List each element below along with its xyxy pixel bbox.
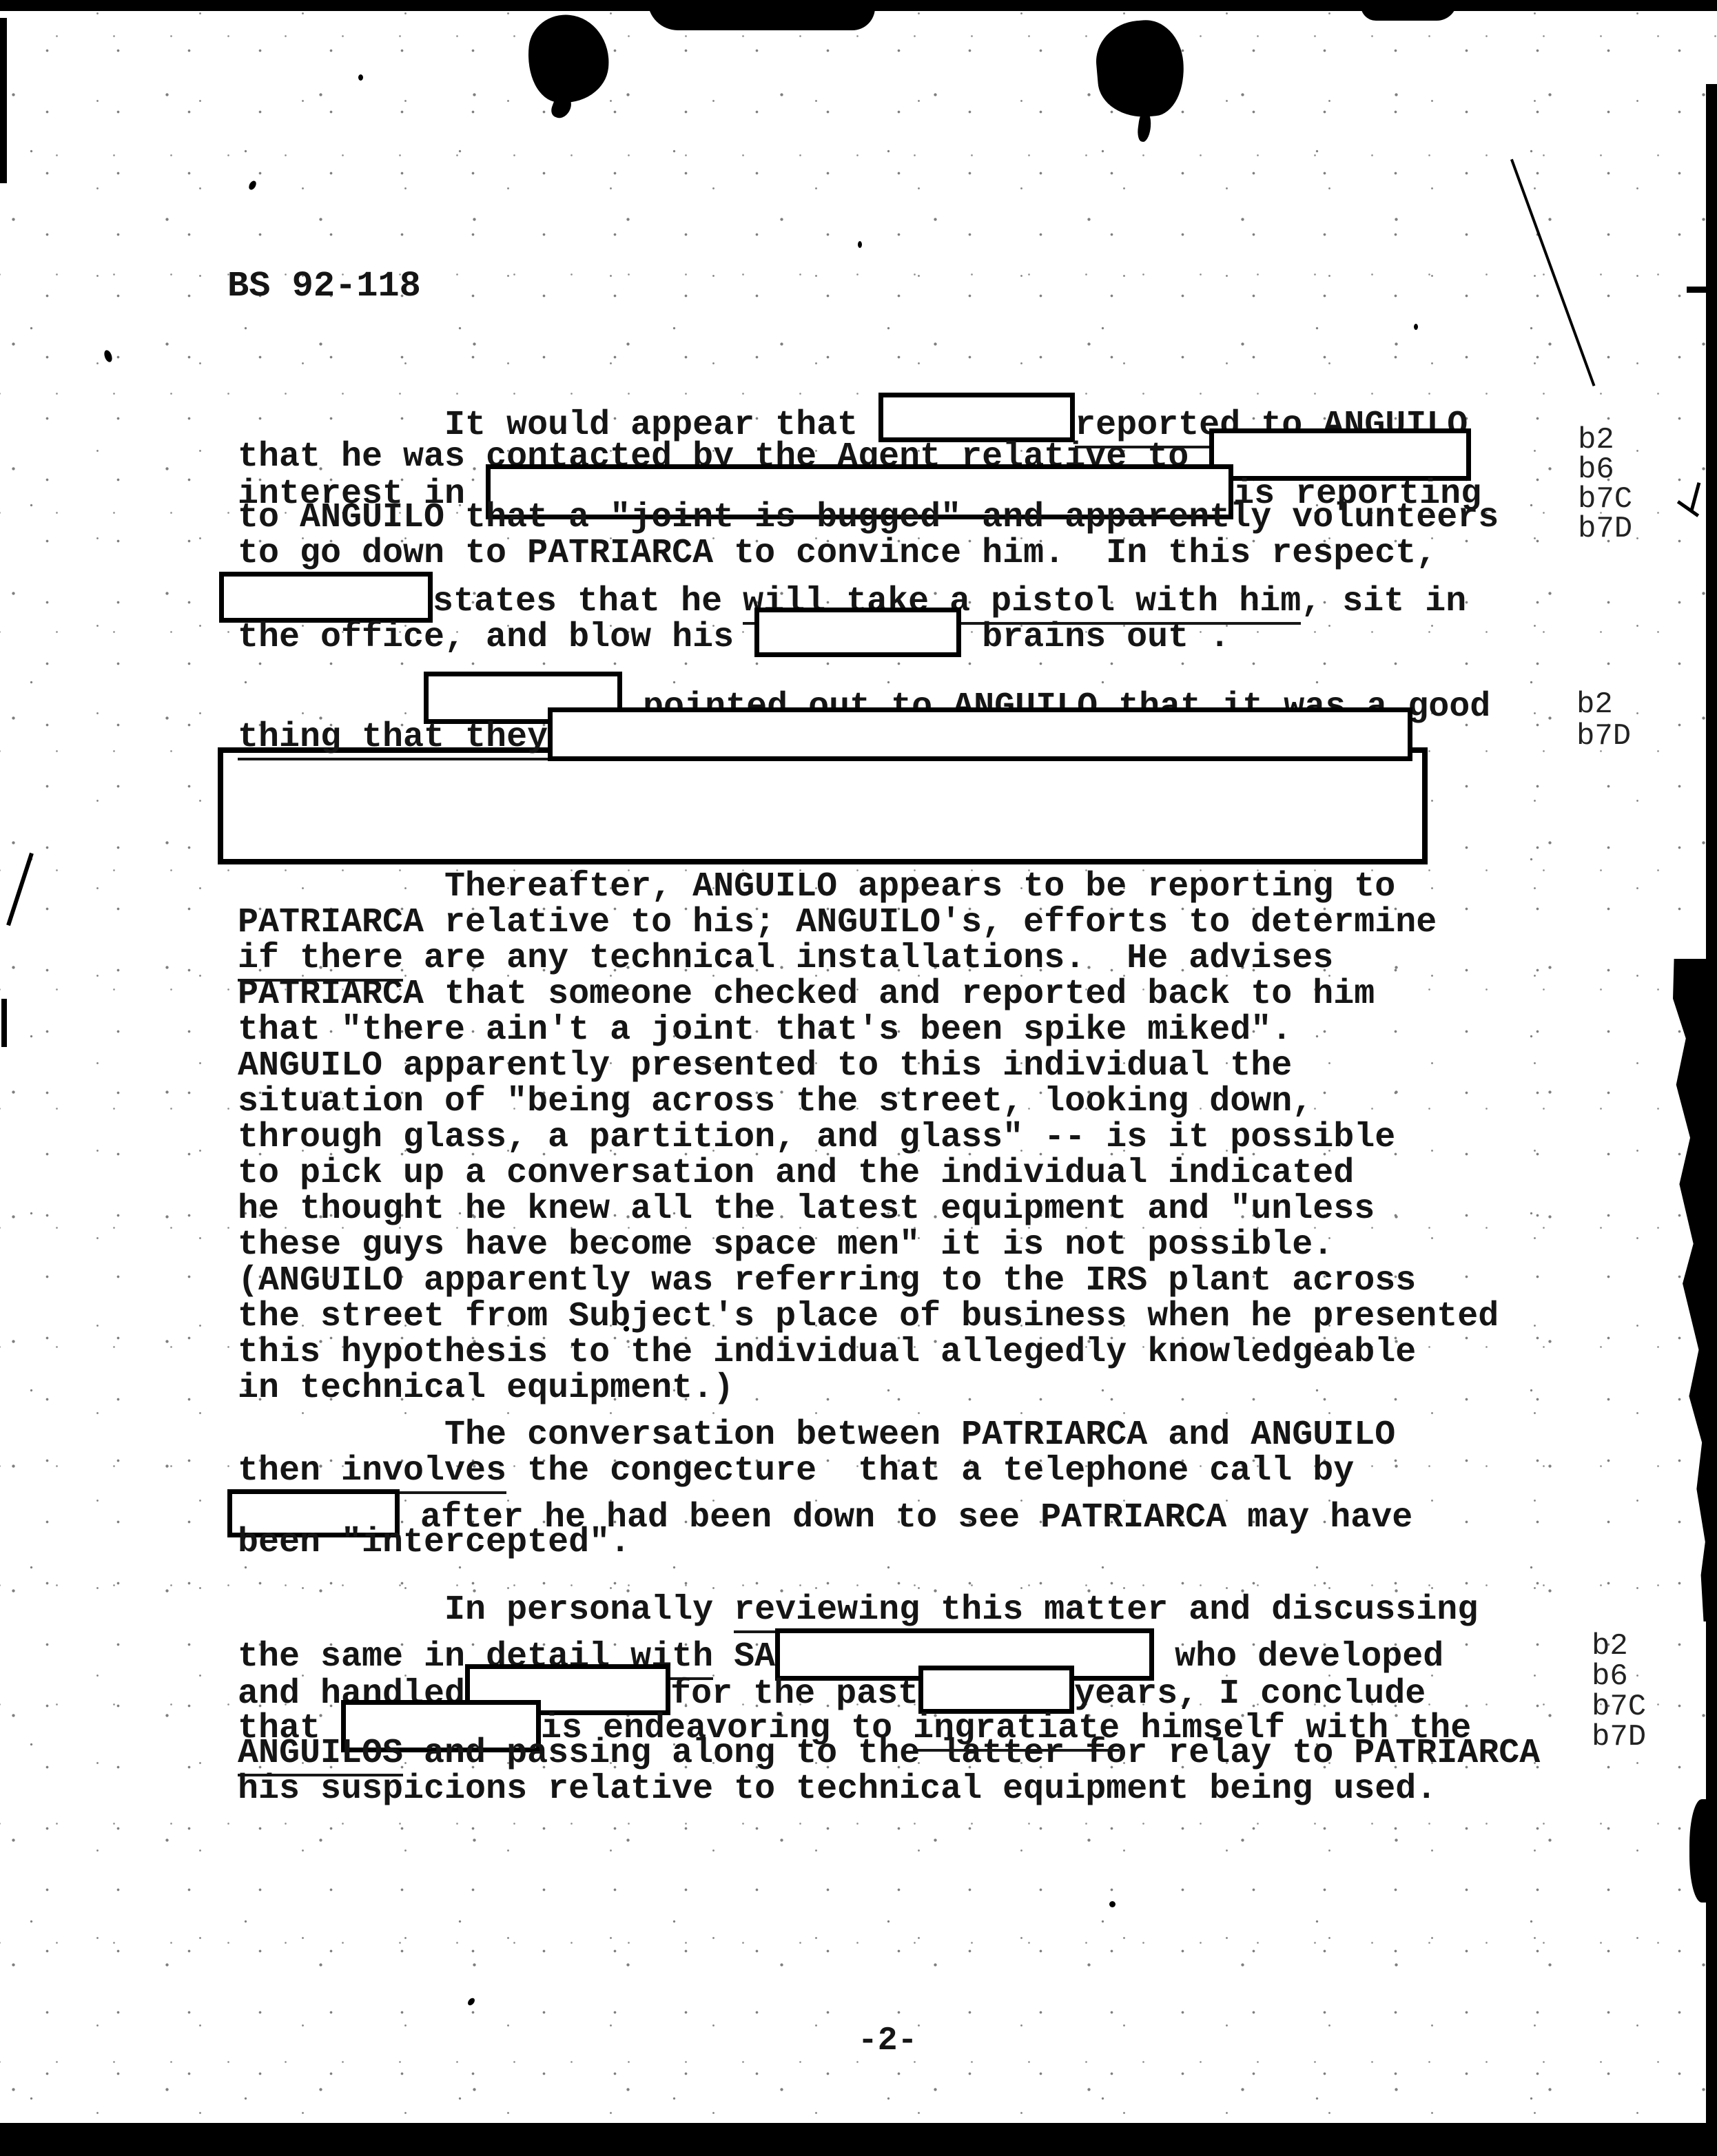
page-number: -2- <box>858 2022 917 2060</box>
torn-edge-mark <box>1689 1799 1717 1903</box>
text-line: The conversation between PATRIARCA and A… <box>238 1418 1412 1453</box>
text-line: after he had been down to see PATRIARCA … <box>238 1489 1412 1525</box>
document-page: BS 92-118 It would appear that reported … <box>0 0 1717 2156</box>
text-run: In personally <box>238 1590 734 1630</box>
underlined-text: thing that they <box>238 718 548 760</box>
text-line: to ANGUILO that a "joint is bugged" and … <box>238 500 1499 536</box>
text-run: in technical equipment.) <box>238 1369 734 1408</box>
text-line: this hypothesis to the individual allege… <box>238 1335 1499 1371</box>
classification-code: b7C <box>1578 485 1632 515</box>
text-line: in technical equipment.) <box>238 1371 1499 1407</box>
text-line: his suspicions relative to technical equ… <box>238 1772 1540 1807</box>
paragraph: pointed out to ANGUILO that it was a goo… <box>238 672 1490 864</box>
paragraph: In personally reviewing this matter and … <box>238 1593 1540 1807</box>
text-line: thing that they <box>238 707 1490 743</box>
text-line: that is endeavoring to ingratiate himsel… <box>238 1700 1540 1736</box>
classification-code: b2 <box>1576 689 1631 721</box>
text-run: he thought he knew all the latest equipm… <box>238 1190 1375 1229</box>
text-run: are any technical installations. He advi… <box>403 939 1333 978</box>
text-run: this hypothesis to the individual allege… <box>238 1333 1416 1372</box>
classification-code: b7D <box>1578 515 1632 544</box>
text-run: this matter and discussing <box>920 1590 1478 1630</box>
text-line: Thereafter, ANGUILO appears to be report… <box>238 869 1499 905</box>
text-run: these guys have become space men" it is … <box>238 1225 1333 1265</box>
text-line: the street from Subject's place of busin… <box>238 1299 1499 1335</box>
text-line: states that he will take a pistol with h… <box>238 572 1499 608</box>
text-run: the congecture that a telephone call by <box>506 1451 1354 1491</box>
redaction-box <box>754 608 961 657</box>
classification-code: b6 <box>1592 1661 1646 1692</box>
text-line: he thought he knew all the latest equipm… <box>238 1192 1499 1227</box>
paragraph: It would appear that reported to ANGUILO… <box>238 393 1499 643</box>
text-line: In personally reviewing this matter and … <box>238 1593 1540 1628</box>
text-line: pointed out to ANGUILO that it was a goo… <box>238 672 1490 707</box>
scratch-mark <box>1 999 7 1047</box>
classification-code: b7C <box>1592 1692 1646 1722</box>
text-run: and passing along to the latter for rela… <box>403 1734 1540 1773</box>
text-line: through glass, a partition, and glass" -… <box>238 1120 1499 1156</box>
speck <box>103 349 114 363</box>
speck <box>466 1997 476 2007</box>
speck <box>358 74 363 81</box>
classification-code: b2 <box>1578 426 1632 455</box>
scratch-mark <box>6 853 34 926</box>
speck <box>858 241 862 248</box>
redaction-box <box>548 707 1412 761</box>
text-run: to go down to PATRIARCA to convince him.… <box>238 534 1437 573</box>
text-run: , sit in <box>1301 582 1466 621</box>
classification-code: b7D <box>1592 1722 1646 1752</box>
classification-codes: b2b7D <box>1576 689 1631 752</box>
text-line: ANGUILOS and passing along to the latter… <box>238 1736 1540 1772</box>
ink-blot <box>524 11 614 107</box>
text-run: Thereafter, ANGUILO appears to be report… <box>238 867 1395 906</box>
text-line: that he was contacted by the Agent relat… <box>238 428 1499 464</box>
text-run: brains out . <box>961 618 1230 657</box>
classification-codes: b2b6b7Cb7D <box>1578 426 1632 544</box>
scan-edge-left <box>0 18 7 183</box>
text-line: ANGUILO apparently presented to this ind… <box>238 1048 1499 1084</box>
text-line: then involves the congecture that a tele… <box>238 1453 1412 1489</box>
scratch-mark <box>1510 159 1595 386</box>
text-line: and handledfor the pastyears, I conclude <box>238 1664 1540 1700</box>
text-run: to pick up a conversation and the indivi… <box>238 1154 1354 1193</box>
torn-edge-mark <box>1663 959 1717 1621</box>
text-line: to go down to PATRIARCA to convince him.… <box>238 536 1499 572</box>
text-run: The conversation between PATRIARCA and A… <box>238 1416 1395 1455</box>
classification-code: b6 <box>1578 455 1632 485</box>
text-run: that "there ain't a joint that's been sp… <box>238 1010 1292 1050</box>
speck <box>247 180 258 191</box>
scan-edge-bottom <box>0 2123 1717 2156</box>
text-line: PATRIARCA relative to his; ANGUILO's, ef… <box>238 905 1499 941</box>
text-run: been "intercepted". <box>238 1523 630 1562</box>
speck <box>1109 1901 1115 1907</box>
text-run: PATRIARCA that someone checked and repor… <box>238 975 1375 1014</box>
text-line: to pick up a conversation and the indivi… <box>238 1156 1499 1192</box>
classification-codes: b2b6b7Cb7D <box>1592 1631 1646 1752</box>
text-line: that "there ain't a joint that's been sp… <box>238 1013 1499 1048</box>
text-line: situation of "being across the street, l… <box>238 1084 1499 1120</box>
text-run: situation of "being across the street, l… <box>238 1082 1313 1121</box>
speck <box>1414 324 1418 330</box>
pen-tick-mark <box>1690 482 1701 511</box>
text-run: ANGUILO apparently presented to this ind… <box>238 1046 1292 1086</box>
text-line: (ANGUILO apparently was referring to the… <box>238 1263 1499 1299</box>
scan-edge-smudge <box>648 0 875 30</box>
text-line: the same in detail with SA who developed <box>238 1628 1540 1664</box>
text-line: if there are any technical installations… <box>238 941 1499 977</box>
underlined-text: reviewing <box>734 1590 920 1633</box>
text-run: the street from Subject's place of busin… <box>238 1297 1499 1336</box>
text-run: his suspicions relative to technical equ… <box>238 1770 1437 1809</box>
text-run: to ANGUILO that a "joint is bugged" and … <box>238 498 1499 537</box>
text-line: these guys have become space men" it is … <box>238 1227 1499 1263</box>
scan-edge-smudge <box>1361 0 1457 21</box>
text-line: PATRIARCA that someone checked and repor… <box>238 977 1499 1013</box>
text-line: It would appear that reported to ANGUILO <box>238 393 1499 428</box>
text-run: PATRIARCA relative to his; ANGUILO's, ef… <box>238 903 1437 942</box>
text-line: interest in is reporting <box>238 464 1499 500</box>
ink-blot <box>1093 17 1188 121</box>
classification-code: b2 <box>1592 1631 1646 1661</box>
text-run: (ANGUILO apparently was referring to the… <box>238 1261 1416 1300</box>
paragraph: The conversation between PATRIARCA and A… <box>238 1418 1412 1561</box>
underlined-text: then involves <box>238 1451 506 1494</box>
paragraph: Thereafter, ANGUILO appears to be report… <box>238 869 1499 1407</box>
pen-tick-mark <box>1687 287 1714 293</box>
pen-tick-mark <box>1677 500 1699 517</box>
text-run: the office, and blow his <box>238 618 754 657</box>
classification-code: b7D <box>1576 721 1631 752</box>
text-run: through glass, a partition, and glass" -… <box>238 1118 1395 1157</box>
redaction-block <box>218 747 1428 864</box>
case-number: BS 92-118 <box>227 267 421 306</box>
